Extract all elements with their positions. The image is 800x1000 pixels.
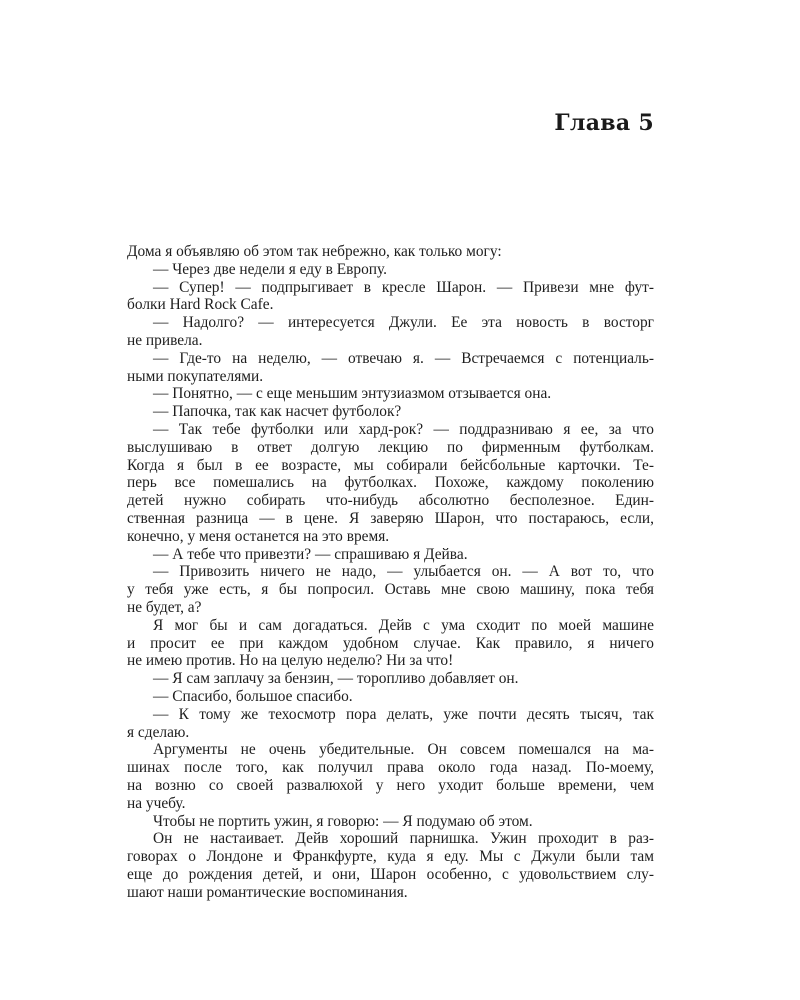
text-line: не имею против. Но на целую неделю? Ни з… <box>127 652 654 670</box>
chapter-title: Глава 5 <box>554 110 654 136</box>
text-line: шинах после того, как получил права окол… <box>127 759 654 777</box>
text-line: у тебя уже есть, я бы попросил. Оставь м… <box>127 581 654 599</box>
text-line: ными покупателями. <box>127 368 654 386</box>
text-line: болки Hard Rock Cafe. <box>127 296 654 314</box>
text-line: Аргументы не очень убедительные. Он совс… <box>127 741 654 759</box>
text-line: Он не настаивает. Дейв хороший парнишка.… <box>127 830 654 848</box>
text-line: говорах о Лондоне и Франкфурте, куда я е… <box>127 848 654 866</box>
text-line: — Где-то на неделю, — отвечаю я. — Встре… <box>127 350 654 368</box>
text-line: я сделаю. <box>127 724 654 742</box>
text-line: еще до рождения детей, и они, Шарон особ… <box>127 866 654 884</box>
text-line: — Спасибо, большое спасибо. <box>127 688 654 706</box>
text-line: детей нужно собирать что-нибудь абсолютн… <box>127 492 654 510</box>
text-line: — Через две недели я еду в Европу. <box>127 261 654 279</box>
text-line: — Привозить ничего не надо, — улыбается … <box>127 563 654 581</box>
book-page: Глава 5 Дома я объявляю об этом так небр… <box>0 0 800 1000</box>
text-line: не привела. <box>127 332 654 350</box>
text-line: Я мог бы и сам догадаться. Дейв с ума сх… <box>127 617 654 635</box>
text-line: — Я сам заплачу за бензин, — торопливо д… <box>127 670 654 688</box>
text-line: — Папочка, так как насчет футболок? <box>127 403 654 421</box>
text-line: — Супер! — подпрыгивает в кресле Шарон. … <box>127 279 654 297</box>
chapter-body-text: Дома я объявляю об этом так небрежно, ка… <box>127 243 654 901</box>
text-line: Когда я был в ее возрасте, мы собирали б… <box>127 457 654 475</box>
text-line: Чтобы не портить ужин, я говорю: — Я под… <box>127 813 654 831</box>
text-line: на учебу. <box>127 795 654 813</box>
text-line: конечно, у меня останется на это время. <box>127 528 654 546</box>
text-line: не будет, а? <box>127 599 654 617</box>
text-line: на возню со своей развалюхой у него уход… <box>127 777 654 795</box>
text-line: перь все помешались на футболках. Похоже… <box>127 474 654 492</box>
text-line: — Так тебе футболки или хард-рок? — подд… <box>127 421 654 439</box>
text-line: Дома я объявляю об этом так небрежно, ка… <box>127 243 654 261</box>
text-line: ственная разница — в цене. Я заверяю Шар… <box>127 510 654 528</box>
text-line: шают наши романтические воспоминания. <box>127 884 654 902</box>
text-line: — Понятно, — с еще меньшим энтузиазмом о… <box>127 385 654 403</box>
text-line: — А тебе что привезти? — спрашиваю я Дей… <box>127 546 654 564</box>
text-line: и просит ее при каждом удобном случае. К… <box>127 635 654 653</box>
text-line: выслушиваю в ответ долгую лекцию по фирм… <box>127 439 654 457</box>
text-line: — Надолго? — интересуется Джули. Ее эта … <box>127 314 654 332</box>
text-line: — К тому же техосмотр пора делать, уже п… <box>127 706 654 724</box>
